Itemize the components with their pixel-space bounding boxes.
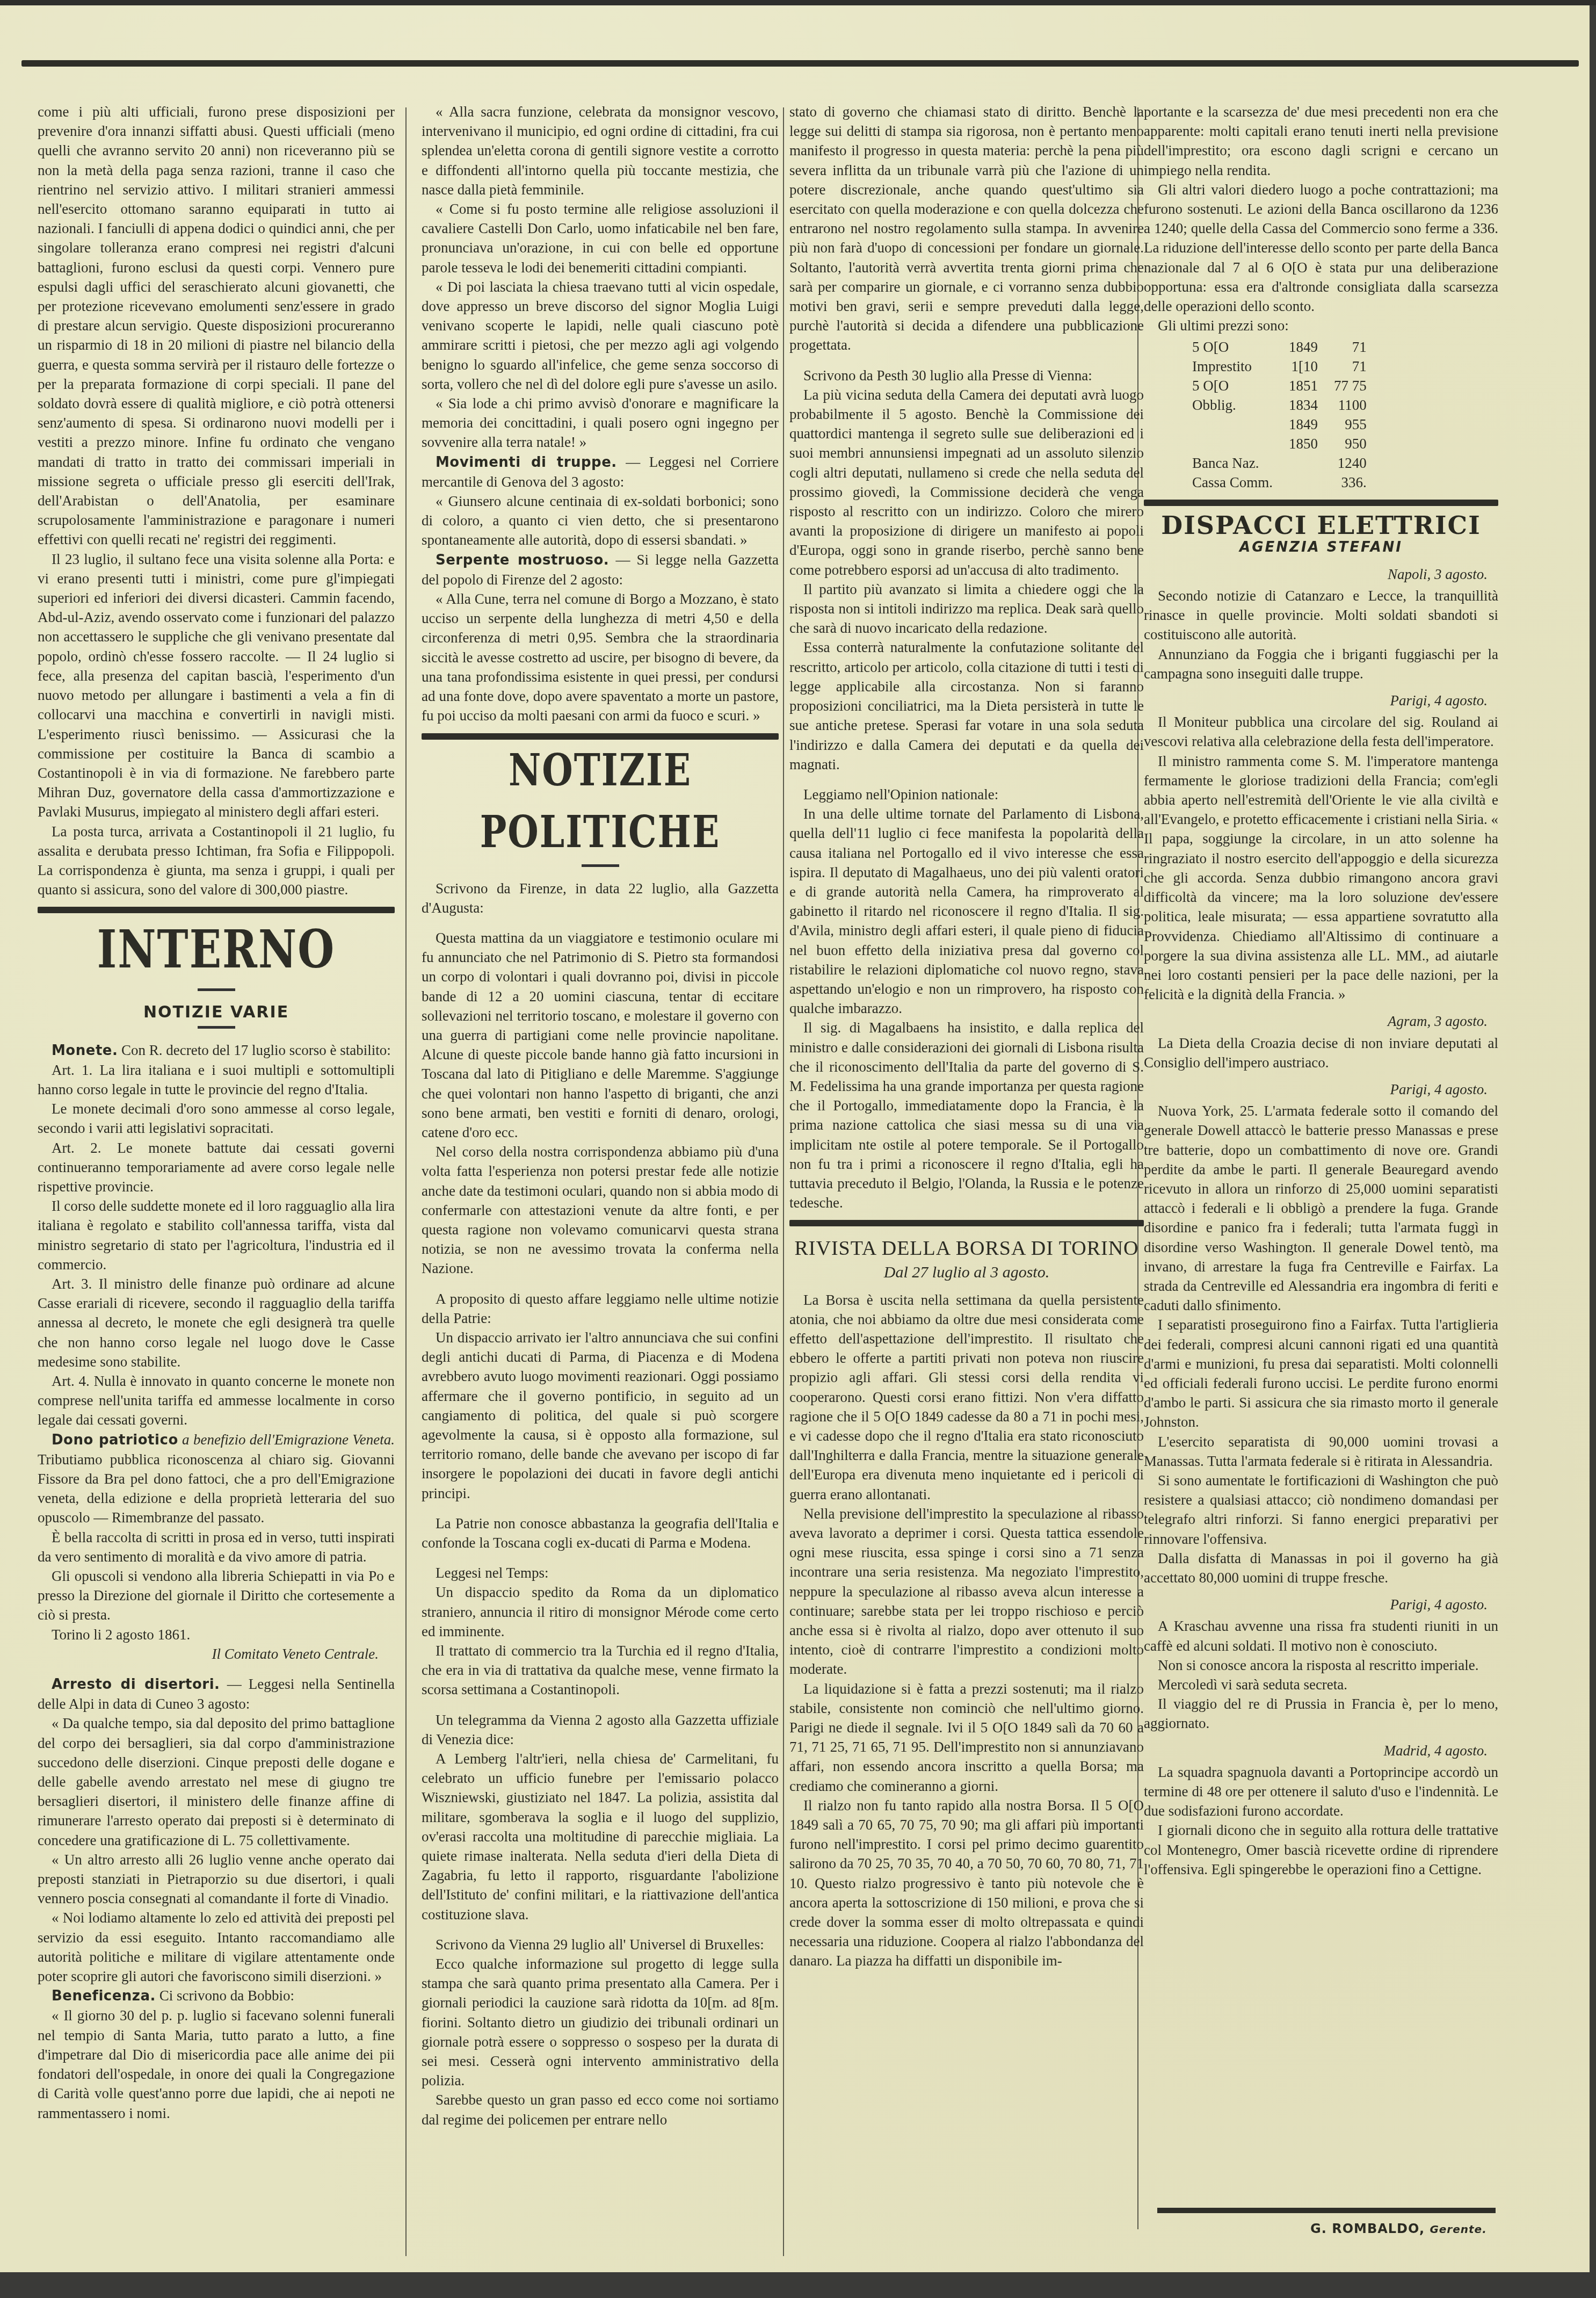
gerente-title: Gerente.	[1430, 2223, 1486, 2236]
article-paragraph: Art. 1. La lira italiana e i suoi multip…	[38, 1060, 395, 1099]
section-title-interno: INTERNO	[38, 919, 395, 981]
article-paragraph: Gli altri valori diedero luogo a poche c…	[1144, 180, 1498, 316]
article-paragraph: Le monete decimali d'oro sono ammesse al…	[38, 1099, 395, 1138]
section-title-dispacci: DISPACCI ELETTRICI	[1144, 516, 1498, 535]
dateline: Madrid, 4 agosto.	[1144, 1741, 1498, 1760]
article-paragraph: Il rialzo non fu tanto rapido alla nostr…	[789, 1796, 1144, 1971]
article-paragraph: La liquidazione si è fatta a prezzi sost…	[789, 1679, 1144, 1796]
article-paragraph: Il viaggio del re di Prussia in Francia …	[1144, 1694, 1498, 1733]
price-table: 5 O[O184971Imprestito1[10715 O[O185177 7…	[1192, 337, 1383, 492]
article-paragraph: « Di poi lasciata la chiesa traevano tut…	[422, 277, 779, 394]
price-value: 77 75	[1334, 376, 1383, 395]
article-paragraph: Ecco qualche informazione sul progetto d…	[422, 1954, 779, 2090]
article-paragraph: Gli opuscoli si vendono alla libreria Sc…	[38, 1566, 395, 1625]
article-paragraph: Non si conosce ancora la risposta al res…	[1144, 1656, 1498, 1675]
ornament-dash	[198, 1026, 235, 1029]
article-paragraph: Si sono aumentate le fortificazioni di W…	[1144, 1471, 1498, 1549]
item-italic: a benefizio dell'Emigrazione Veneta.	[182, 1432, 395, 1448]
article-paragraph: In una delle ultime tornate del Parlamen…	[789, 804, 1144, 1018]
article-paragraph: I separatisti proseguirono fino a Fairfa…	[1144, 1315, 1498, 1432]
article-paragraph: Un telegramma da Vienna 2 agosto alla Ga…	[422, 1710, 779, 1749]
price-row: 5 O[O185177 75	[1192, 376, 1383, 395]
article-paragraph: A proposito di questo affare leggiamo ne…	[422, 1289, 779, 1328]
article-paragraph: Scrivono da Firenze, in data 22 luglio, …	[422, 879, 779, 917]
price-label	[1192, 415, 1289, 434]
article-paragraph: Secondo notizie di Catanzaro e Lecce, la…	[1144, 586, 1498, 645]
article-paragraph: La Dieta della Croazia decise di non inv…	[1144, 1034, 1498, 1072]
article-paragraph: Mercoledì vi sarà seduta secreta.	[1144, 1675, 1498, 1694]
agency-name: AGENZIA STEFANI	[1144, 538, 1498, 557]
price-label: Obblig.	[1192, 395, 1289, 415]
dateline: Agram, 3 agosto.	[1144, 1011, 1498, 1031]
scan-border	[0, 0, 1596, 5]
item-text: Ci scrivono da Bobbio:	[159, 1988, 294, 2004]
article-paragraph: L'esercito separatista di 90,000 uomini …	[1144, 1432, 1498, 1471]
item-lead: Movimenti di truppe.	[436, 454, 617, 471]
article-paragraph: Un dispaccio arrivato ier l'altro annunc…	[422, 1328, 779, 1503]
article-paragraph: « Il giorno 30 del p. p. luglio si facev…	[38, 2006, 395, 2122]
signature: Il Comitato Veneto Centrale.	[38, 1644, 395, 1664]
article-paragraph: La Patrie non conosce abbastanza la geog…	[422, 1514, 779, 1552]
article-paragraph: « Come si fu posto termine alle religios…	[422, 199, 779, 277]
price-row: 1849955	[1192, 415, 1383, 434]
section-rule	[38, 907, 395, 913]
gerente-signature: G. ROMBALDO, Gerente.	[1310, 2221, 1487, 2236]
article-paragraph: Art. 3. Il ministro delle finanze può or…	[38, 1274, 395, 1371]
item-text: Con R. decreto del 17 luglio scorso è st…	[121, 1042, 391, 1058]
article-paragraph: Essa conterrà naturalmente la confutazio…	[789, 638, 1144, 774]
price-row: Obblig.18341100	[1192, 395, 1383, 415]
price-row: Cassa Comm.336.	[1192, 473, 1383, 492]
article-paragraph: Il trattato di commercio tra la Turchia …	[422, 1641, 779, 1700]
article-date: Torino li 2 agosto 1861.	[38, 1625, 395, 1644]
section-rule	[422, 733, 779, 740]
column-2: « Alla sacra funzione, celebrata da mons…	[422, 102, 779, 2129]
item-lead: Beneficenza.	[52, 1988, 156, 2004]
price-year: 1850	[1289, 434, 1334, 453]
article-paragraph: Il partito più avanzato si limita a chie…	[789, 580, 1144, 638]
price-label: Imprestito	[1192, 357, 1289, 376]
section-rule	[789, 1220, 1144, 1226]
article-paragraph: La Borsa è uscita nella settimana da que…	[789, 1290, 1144, 1504]
article-paragraph: Art. 2. Le monete battute dai cessati go…	[38, 1138, 395, 1197]
article-paragraph: Art. 4. Nulla è innovato in quanto conce…	[38, 1371, 395, 1430]
price-year	[1289, 453, 1334, 473]
column-divider	[405, 107, 407, 2256]
article-paragraph: Il corso delle suddette monete ed il lor…	[38, 1196, 395, 1274]
article-paragraph: La più vicina seduta della Camera dei de…	[789, 385, 1144, 580]
article-paragraph: « Un altro arresto alli 26 luglio venne …	[38, 1850, 395, 1909]
column-1: come i più alti ufficiali, furono prese …	[38, 102, 395, 2123]
price-value: 1100	[1334, 395, 1383, 415]
price-value: 71	[1334, 337, 1383, 357]
article-paragraph: Dalla disfatta di Manassas in poi il gov…	[1144, 1549, 1498, 1587]
article-paragraph: stato di governo che chiamasi stato di d…	[789, 102, 1144, 355]
price-year: 1[10	[1289, 357, 1334, 376]
article-paragraph: Sarebbe questo un gran passo ed ecco com…	[422, 2090, 779, 2129]
price-row: Imprestito1[1071	[1192, 357, 1383, 376]
dateline: Parigi, 4 agosto.	[1144, 1080, 1498, 1099]
article-paragraph: A Lemberg l'altr'ieri, nella chiesa de' …	[422, 1749, 779, 1924]
article-paragraph: Annunziano da Foggia che i briganti fugg…	[1144, 645, 1498, 683]
column-4: portante e la scarsezza de' due mesi pre…	[1144, 102, 1498, 1879]
ornament-dash	[198, 988, 235, 991]
dateline: Parigi, 4 agosto.	[1144, 691, 1498, 710]
article-paragraph: portante e la scarsezza de' due mesi pre…	[1144, 102, 1498, 180]
ornament-dash	[582, 864, 619, 867]
dateline: Parigi, 4 agosto.	[1144, 1595, 1498, 1614]
column-divider	[783, 107, 784, 2256]
price-row: 5 O[O184971	[1192, 337, 1383, 357]
section-rule	[1144, 500, 1498, 506]
price-row: 1850950	[1192, 434, 1383, 453]
price-year	[1289, 473, 1334, 492]
prices-intro: Gli ultimi prezzi sono:	[1144, 316, 1498, 335]
price-label: 5 O[O	[1192, 337, 1289, 357]
price-year: 1834	[1289, 395, 1334, 415]
article-paragraph: Nuova York, 25. L'armata federale sotto …	[1144, 1101, 1498, 1315]
article-paragraph: Questa mattina da un viaggiatore e testi…	[422, 928, 779, 1142]
dateline: Napoli, 3 agosto.	[1144, 565, 1498, 584]
article-paragraph: Il 23 luglio, il sultano fece una visita…	[38, 550, 395, 822]
price-value: 955	[1334, 415, 1383, 434]
item-lead: Monete.	[52, 1043, 118, 1059]
section-subtitle: Dal 27 luglio al 3 agosto.	[789, 1263, 1144, 1282]
top-rule	[21, 60, 1579, 67]
item-text: Tributiamo pubblica riconoscenza al chia…	[38, 1451, 395, 1526]
article-paragraph: Scrivono da Pesth 30 luglio alla Presse …	[789, 366, 1144, 385]
article-paragraph: « Alla sacra funzione, celebrata da mons…	[422, 102, 779, 199]
article-paragraph: La squadra spagnuola davanti a Portoprin…	[1144, 1762, 1498, 1821]
gerente-name: G. ROMBALDO,	[1310, 2221, 1425, 2236]
article-paragraph: Il ministro rammenta come S. M. l'impera…	[1144, 751, 1498, 1005]
price-label	[1192, 434, 1289, 453]
price-value: 336.	[1334, 473, 1383, 492]
article-paragraph: È bella raccolta di scritti in prosa ed …	[38, 1528, 395, 1566]
price-value: 950	[1334, 434, 1383, 453]
section-title-notizie-politiche: NOTIZIE POLITICHE	[422, 739, 779, 863]
section-subtitle: NOTIZIE VARIE	[38, 1003, 395, 1022]
section-title-rivista-borsa: RIVISTA DELLA BORSA DI TORINO	[789, 1236, 1144, 1261]
article-paragraph: Leggiamo nell'Opinion nationale:	[789, 785, 1144, 804]
article-paragraph: Il sig. di Magalbaens ha insistito, e da…	[789, 1018, 1144, 1212]
article-paragraph: A Kraschau avvenne una rissa fra student…	[1144, 1616, 1498, 1655]
article-paragraph: Scrivono da Vienna 29 luglio all' Univer…	[422, 1935, 779, 1954]
price-label: Cassa Comm.	[1192, 473, 1289, 492]
article-paragraph: Leggesi nel Temps:	[422, 1563, 779, 1582]
article-paragraph: « Da qualche tempo, sia dal deposito del…	[38, 1714, 395, 1849]
article-paragraph: Il Moniteur pubblica una circolare del s…	[1144, 712, 1498, 751]
article-paragraph: La posta turca, arrivata a Costantinopol…	[38, 822, 395, 900]
price-year: 1851	[1289, 376, 1334, 395]
footer-rule	[1157, 2208, 1496, 2213]
price-row: Banca Naz.1240	[1192, 453, 1383, 473]
article-paragraph: « Sia lode a chi primo avvisò d'onorare …	[422, 394, 779, 452]
article-paragraph: « Alla Cune, terra nel comune di Borgo a…	[422, 589, 779, 725]
price-value: 71	[1334, 357, 1383, 376]
article-paragraph: « Noi lodiamo altamente lo zelo ed attiv…	[38, 1908, 395, 1986]
article-paragraph: I giornali dicono che in seguito alla ro…	[1144, 1820, 1498, 1879]
article-paragraph: come i più alti ufficiali, furono prese …	[38, 102, 395, 550]
article-paragraph: Nella previsione dell'imprestito la spec…	[789, 1504, 1144, 1679]
price-value: 1240	[1334, 453, 1383, 473]
column-3: stato di governo che chiamasi stato di d…	[789, 102, 1144, 1971]
article-paragraph: Un dispaccio spedito da Roma da un diplo…	[422, 1582, 779, 1641]
price-label: 5 O[O	[1192, 376, 1289, 395]
item-lead: Serpente mostruoso.	[436, 552, 609, 568]
article-paragraph: « Giunsero alcune centinaia di ex-soldat…	[422, 492, 779, 550]
item-lead: Arresto di disertori.	[52, 1676, 220, 1693]
price-label: Banca Naz.	[1192, 453, 1289, 473]
price-year: 1849	[1289, 337, 1334, 357]
article-paragraph: Nel corso della nostra corrispondenza ab…	[422, 1142, 779, 1278]
item-lead: Dono patriotico	[52, 1432, 178, 1448]
price-year: 1849	[1289, 415, 1334, 434]
